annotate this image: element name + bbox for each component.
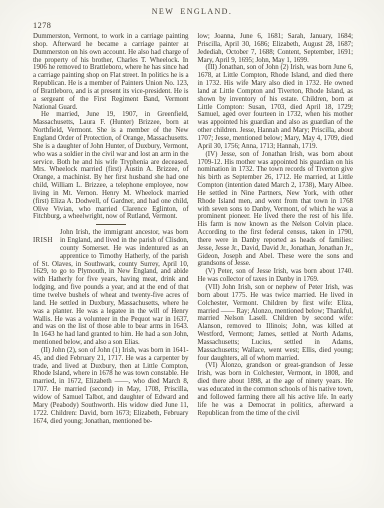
paragraph-generation-vi: (VI) Alonzo, grandson or great-grandson …	[198, 362, 354, 417]
surname-slot: IRISH	[33, 229, 60, 253]
paragraph-generation-v: (V) Peter, son of Jesse Irish, was born …	[198, 268, 354, 284]
paragraph-generation-ii: (II) John (2), son of John (1) Irish, wa…	[33, 347, 189, 425]
paragraph-children-continuation: low; Joanna, June 6, 1681; Sarah, Januar…	[198, 33, 354, 64]
paragraph-generation-iii: (III) Jonathan, son of John (2) Irish, w…	[198, 64, 354, 150]
text-columns: Dummerston, Vermont, to work in a carria…	[33, 33, 353, 506]
running-title: NEW ENGLAND.	[0, 7, 384, 16]
page-number: 1278	[33, 21, 51, 30]
right-column: low; Joanna, June 6, 1681; Sarah, Januar…	[198, 33, 354, 506]
family-surname: IRISH	[33, 229, 60, 245]
paragraph-generation-iv: (IV) Jesse, son of Jonathan Irish, was b…	[198, 151, 354, 269]
left-column: Dummerston, Vermont, to work in a carria…	[33, 33, 189, 506]
paragraph-wheelock-continuation: Dummerston, Vermont, to work in a carria…	[33, 33, 189, 111]
paragraph-generation-vii: (VII) John Irish, son or nephew of Peter…	[198, 284, 354, 362]
paragraph-irish-intro: IRISHJohn Irish, the immigrant ancestor,…	[33, 229, 189, 347]
paragraph-wheelock-marriage: He married, June 19, 1907, in Greenfield…	[33, 111, 189, 221]
book-page: NEW ENGLAND. 1278 Dummerston, Vermont, t…	[0, 0, 384, 508]
section-divider	[96, 224, 126, 225]
